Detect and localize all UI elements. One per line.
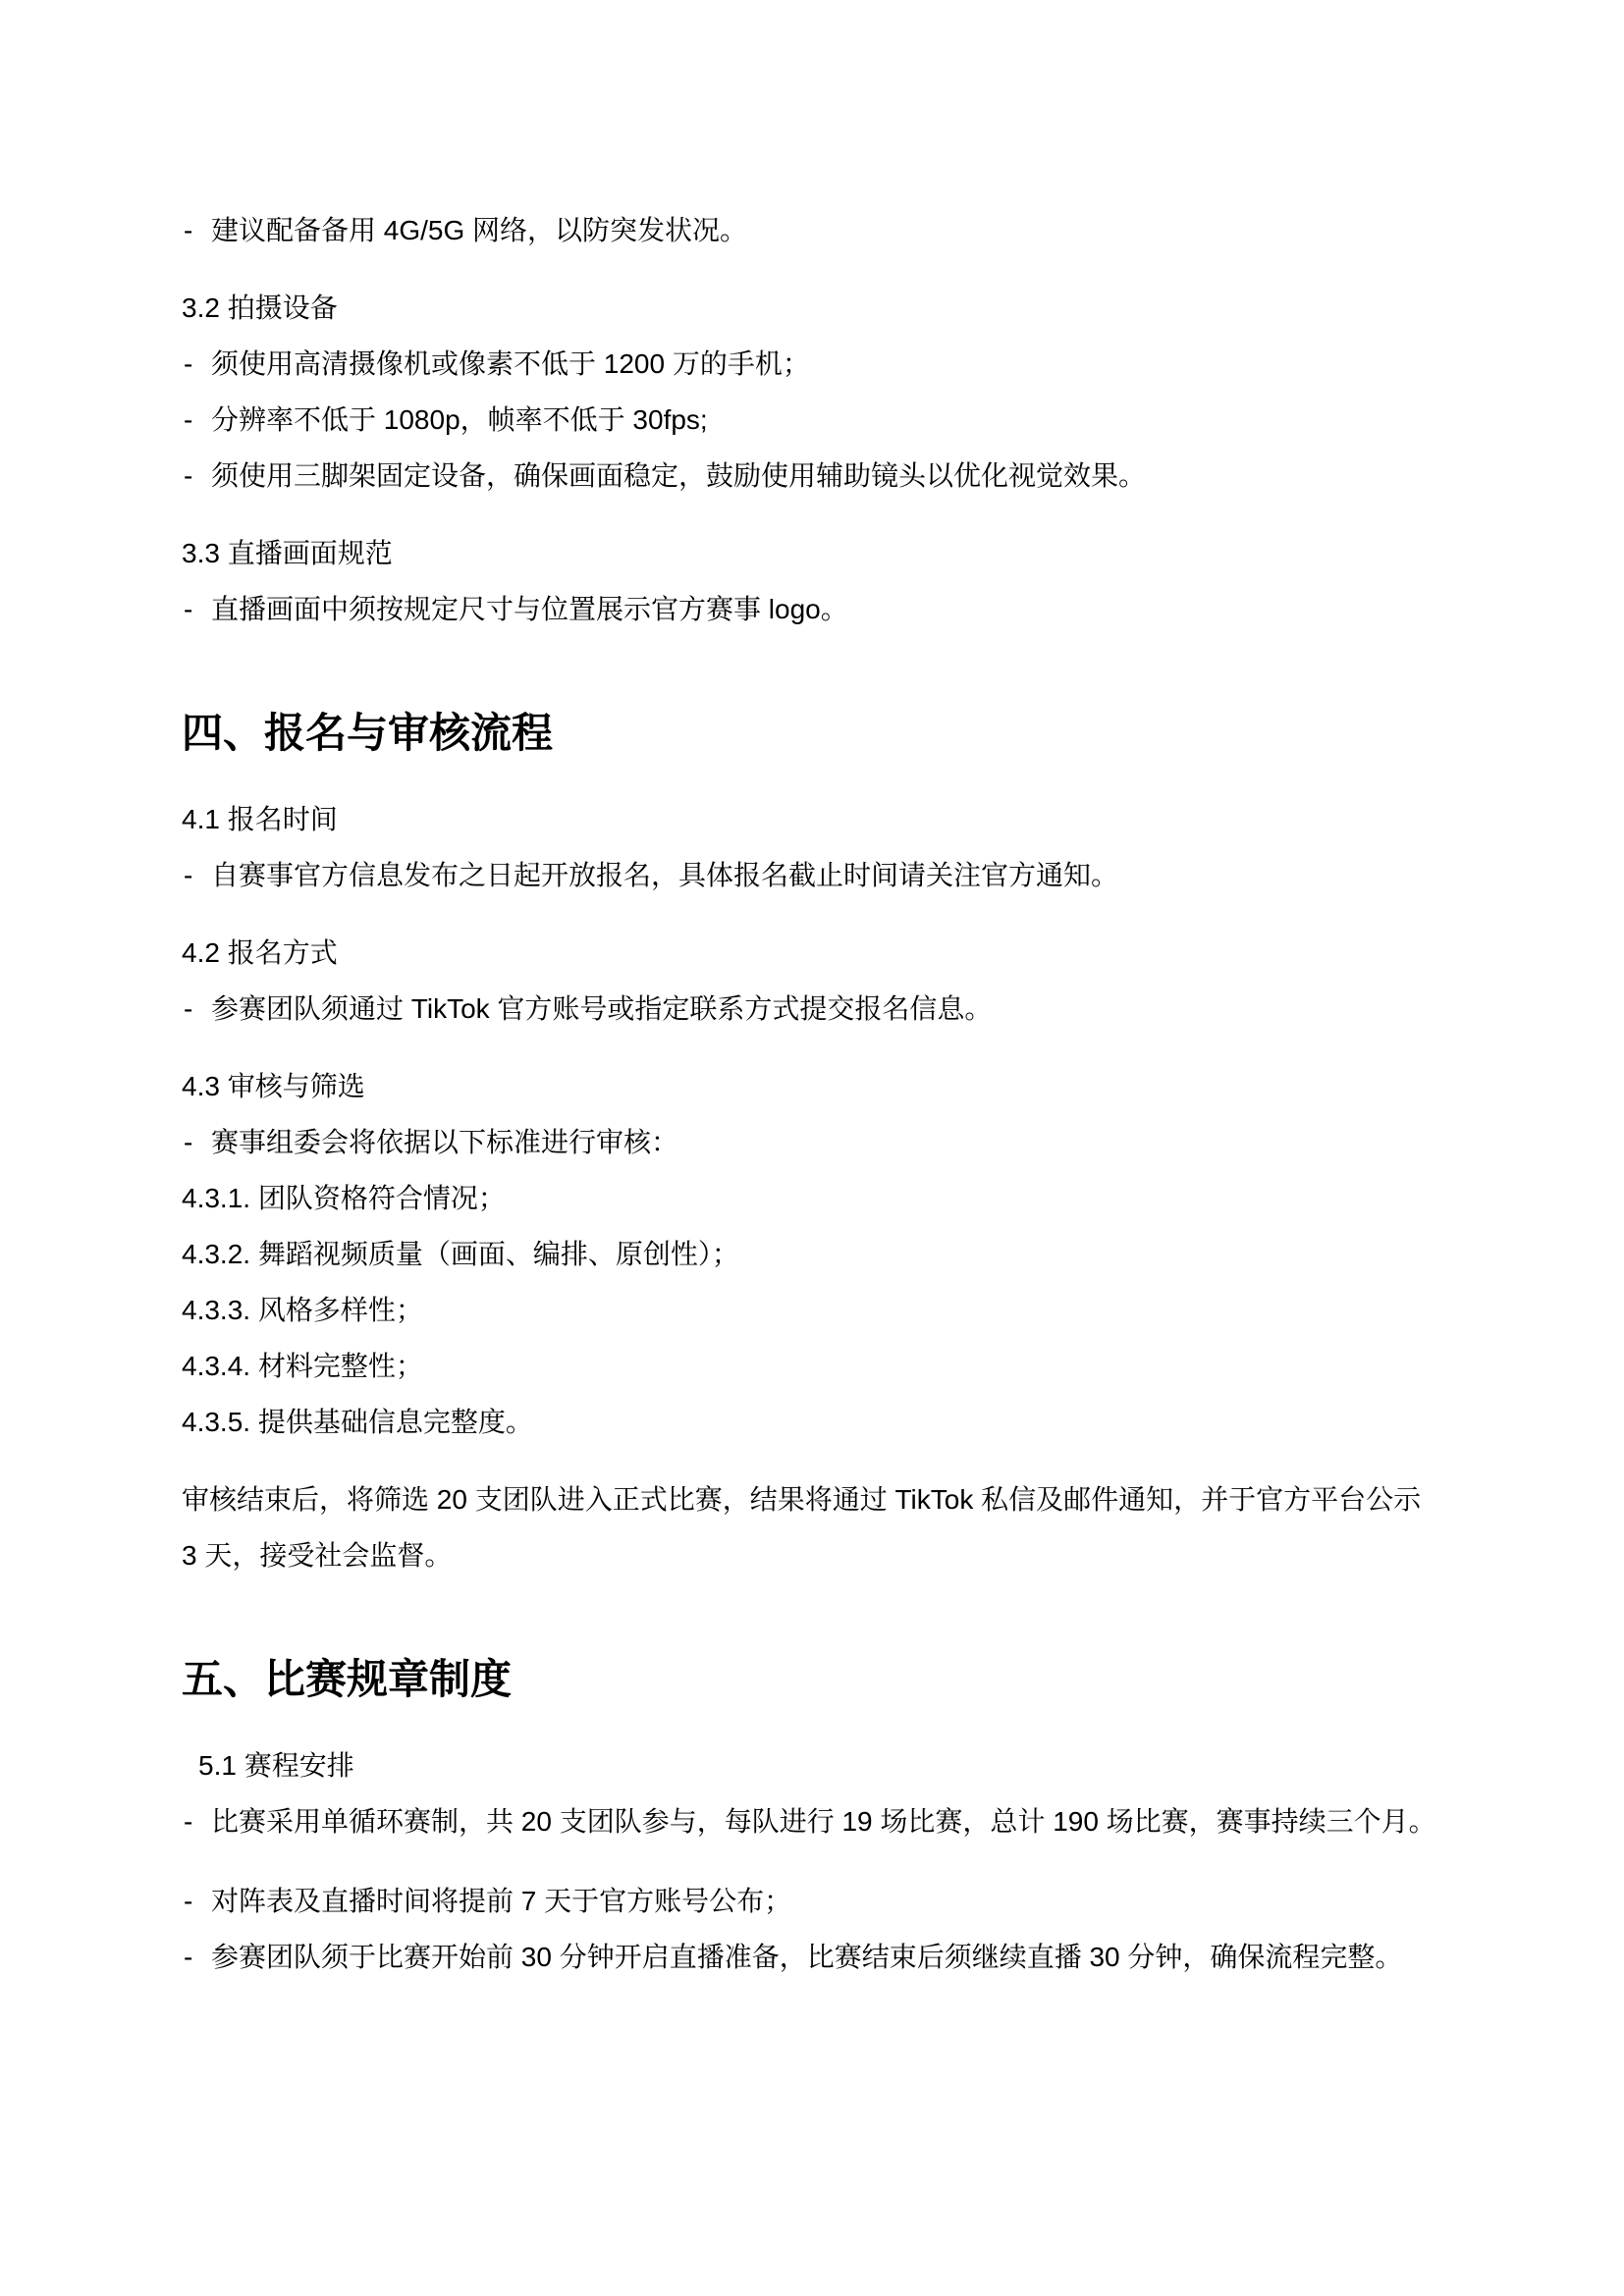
bullet-text: 参赛团队须于比赛开始前 30 分钟开启直播准备，比赛结束后须继续直播 30 分钟… <box>211 1942 1402 1972</box>
bullet-dash: - <box>184 581 192 637</box>
bullet-item: -直播画面中须按规定尺寸与位置展示官方赛事 logo。 <box>182 581 1443 637</box>
subsection-heading: 4.1 报名时间 <box>182 791 1443 847</box>
numbered-item: 4.3.1. 团队资格符合情况； <box>182 1170 1443 1226</box>
bullet-dash: - <box>184 1929 192 1985</box>
numbered-item: 4.3.2. 舞蹈视频质量（画面、编排、原创性）； <box>182 1226 1443 1282</box>
bullet-dash: - <box>184 1114 192 1170</box>
numbered-item: 4.3.3. 风格多样性； <box>182 1282 1443 1338</box>
bullet-item: -比赛采用单循环赛制，共 20 支团队参与，每队进行 19 场比赛，总计 190… <box>182 1793 1443 1849</box>
bullet-item: -分辨率不低于 1080p，帧率不低于 30fps; <box>182 392 1443 448</box>
subsection-heading: 4.2 报名方式 <box>182 925 1443 981</box>
bullet-text: 赛事组委会将依据以下标准进行审核： <box>211 1127 678 1157</box>
bullet-dash: - <box>184 981 192 1037</box>
numbered-item: 4.3.5. 提供基础信息完整度。 <box>182 1394 1443 1450</box>
bullet-item: -建议配备备用 4G/5G 网络，以防突发状况。 <box>182 202 1443 258</box>
subsection-heading: 4.3 审核与筛选 <box>182 1058 1443 1114</box>
bullet-text: 分辨率不低于 1080p，帧率不低于 30fps; <box>211 404 708 435</box>
section-heading: 四、报名与审核流程 <box>182 696 1443 770</box>
bullet-dash: - <box>184 847 192 903</box>
bullet-dash: - <box>184 202 192 258</box>
bullet-text: 须使用高清摄像机或像素不低于 1200 万的手机； <box>211 348 810 379</box>
bullet-text: 须使用三脚架固定设备，确保画面稳定，鼓励使用辅助镜头以优化视觉效果。 <box>211 460 1146 491</box>
bullet-dash: - <box>184 392 192 448</box>
subsection-heading: 5.1 赛程安排 <box>182 1737 1443 1793</box>
bullet-text: 建议配备备用 4G/5G 网络，以防突发状况。 <box>211 215 747 245</box>
bullet-dash: - <box>184 336 192 392</box>
bullet-text: 直播画面中须按规定尺寸与位置展示官方赛事 logo。 <box>211 594 848 624</box>
bullet-item: -须使用三脚架固定设备，确保画面稳定，鼓励使用辅助镜头以优化视觉效果。 <box>182 448 1443 504</box>
bullet-text: 对阵表及直播时间将提前 7 天于官方账号公布； <box>211 1886 791 1916</box>
bullet-item: -须使用高清摄像机或像素不低于 1200 万的手机； <box>182 336 1443 392</box>
document-page: -建议配备备用 4G/5G 网络，以防突发状况。3.2 拍摄设备-须使用高清摄像… <box>0 0 1624 2296</box>
bullet-text: 参赛团队须通过 TikTok 官方账号或指定联系方式提交报名信息。 <box>211 993 992 1024</box>
subsection-heading: 3.3 直播画面规范 <box>182 525 1443 581</box>
paragraph: 审核结束后，将筛选 20 支团队进入正式比赛，结果将通过 TikTok 私信及邮… <box>182 1471 1443 1583</box>
bullet-text: 自赛事官方信息发布之日起开放报名，具体报名截止时间请关注官方通知。 <box>211 860 1118 890</box>
bullet-dash: - <box>184 1873 192 1929</box>
bullet-dash: - <box>184 1793 192 1849</box>
bullet-dash: - <box>184 448 192 504</box>
bullet-text: 比赛采用单循环赛制，共 20 支团队参与，每队进行 19 场比赛，总计 190 … <box>211 1806 1436 1837</box>
bullet-item: -自赛事官方信息发布之日起开放报名，具体报名截止时间请关注官方通知。 <box>182 847 1443 903</box>
bullet-item: -参赛团队须于比赛开始前 30 分钟开启直播准备，比赛结束后须继续直播 30 分… <box>182 1929 1443 1985</box>
subsection-heading: 3.2 拍摄设备 <box>182 280 1443 336</box>
numbered-item: 4.3.4. 材料完整性； <box>182 1338 1443 1394</box>
bullet-item: -对阵表及直播时间将提前 7 天于官方账号公布； <box>182 1873 1443 1929</box>
bullet-item: -赛事组委会将依据以下标准进行审核： <box>182 1114 1443 1170</box>
section-heading: 五、比赛规章制度 <box>182 1642 1443 1716</box>
bullet-item: -参赛团队须通过 TikTok 官方账号或指定联系方式提交报名信息。 <box>182 981 1443 1037</box>
